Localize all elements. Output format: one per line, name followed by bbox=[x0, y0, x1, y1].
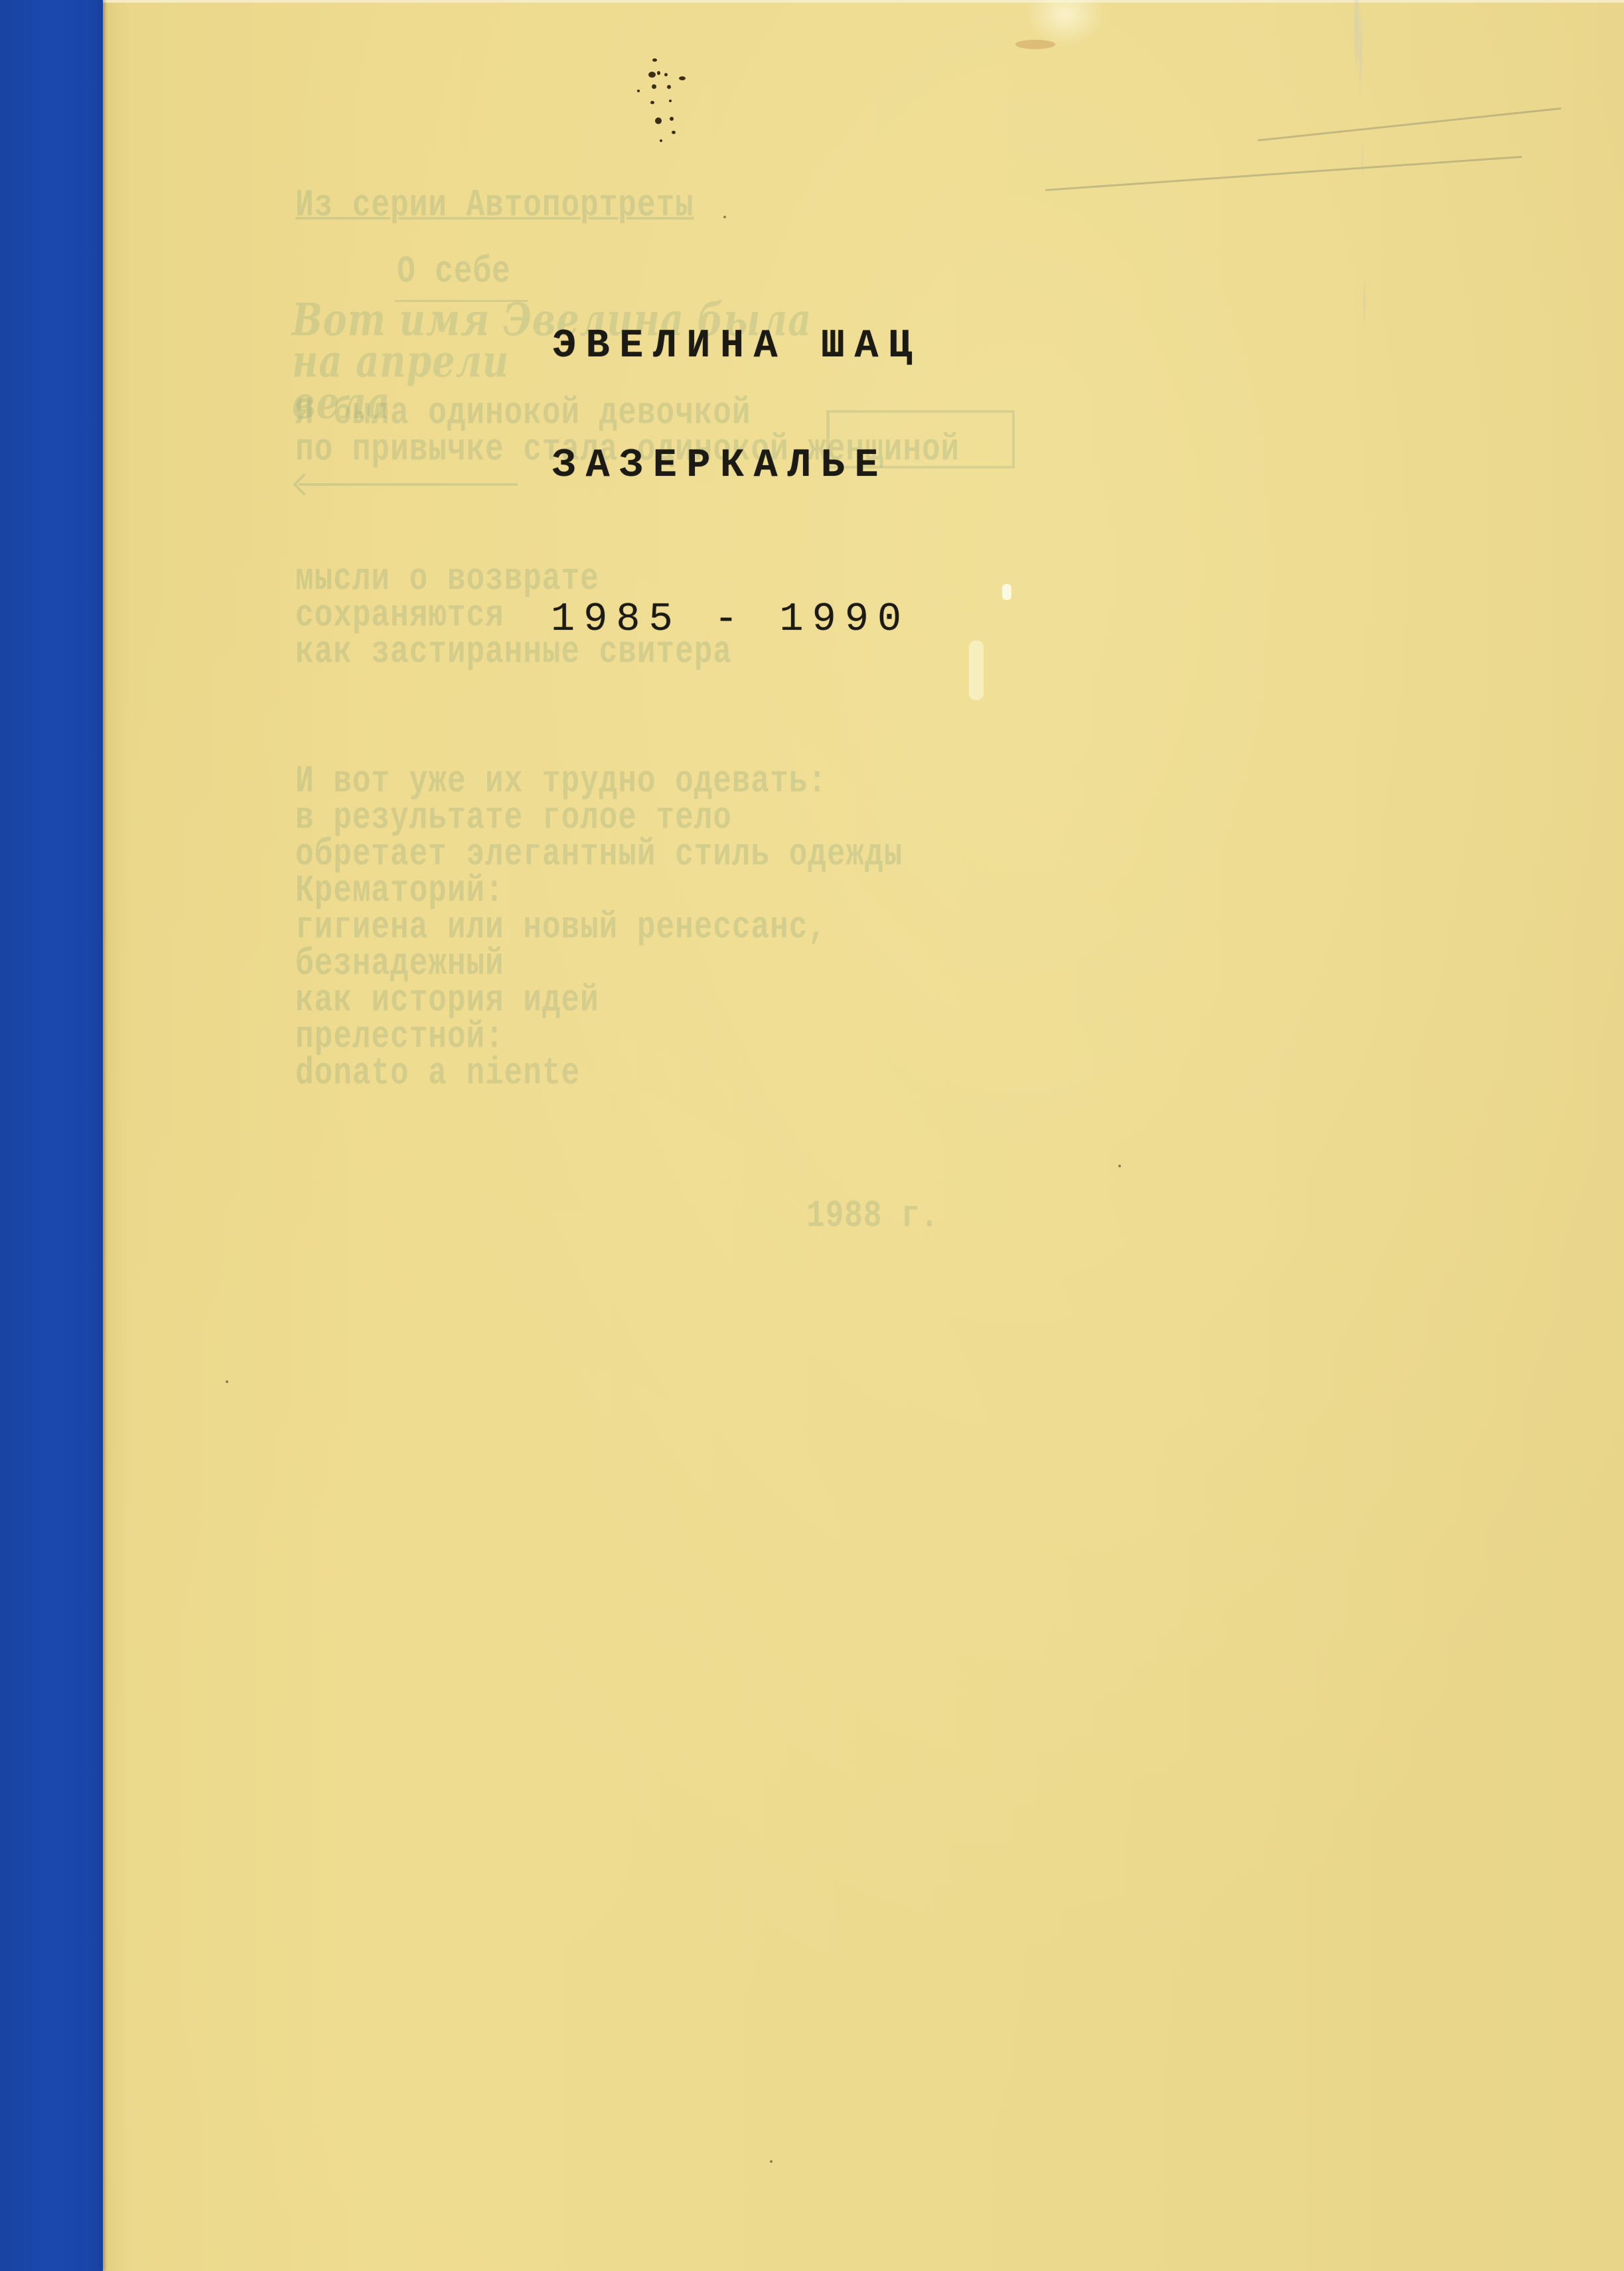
paper-top-edge bbox=[103, 0, 1624, 3]
paper-speck bbox=[1118, 1165, 1121, 1167]
blue-binder-spine bbox=[0, 0, 103, 2271]
show-through-subheading: О себе bbox=[397, 254, 511, 290]
show-through-arrow-annotation bbox=[299, 483, 518, 486]
paper-scuff bbox=[969, 640, 984, 700]
date-range: 1985 - 1990 bbox=[551, 597, 910, 642]
show-through-date: 1988 г. bbox=[806, 1198, 939, 1234]
paper-scuff bbox=[1002, 584, 1011, 600]
show-through-stanza-3: И вот уже их трудно одевать: в результат… bbox=[295, 763, 903, 1092]
scuff-marks bbox=[1341, 0, 1380, 398]
paper-speck bbox=[723, 216, 726, 218]
paper-speck bbox=[770, 2160, 773, 2163]
document-title: ЗАЗЕРКАЛЬЕ bbox=[552, 443, 888, 488]
paper-speck bbox=[226, 1380, 228, 1383]
stain-mark bbox=[1015, 40, 1055, 49]
author-name: ЭВЕЛИНА ШАЦ bbox=[552, 324, 922, 369]
punch-hole-dots bbox=[637, 53, 690, 146]
show-through-heading: Из серии Автопортреты bbox=[295, 187, 694, 224]
